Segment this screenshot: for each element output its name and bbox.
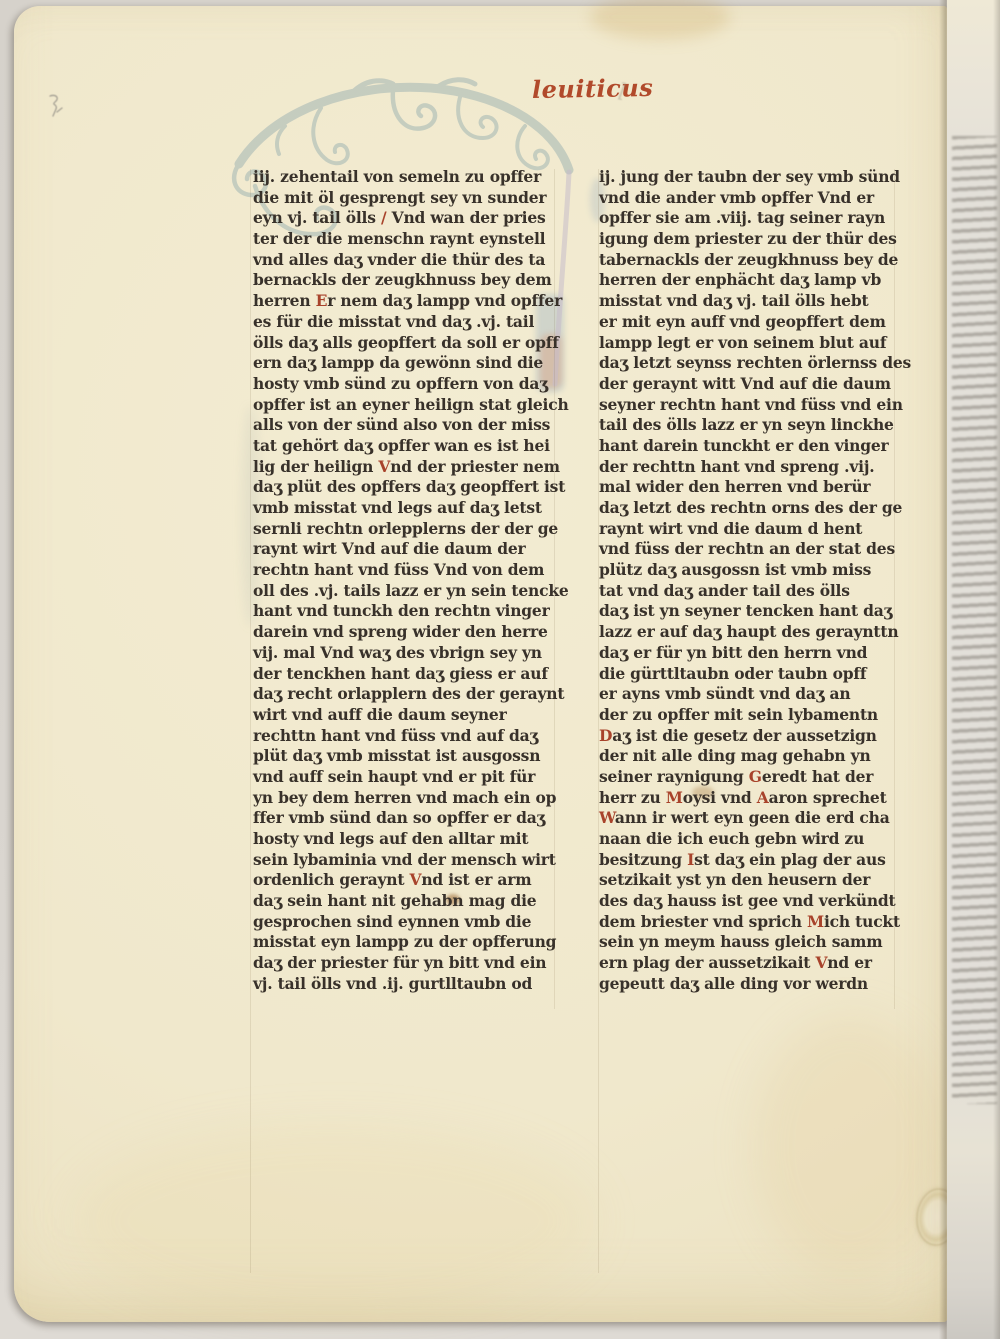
rubricated-letter: G xyxy=(749,767,762,786)
text-line: seyner rechtn hant vnd füss vnd ein xyxy=(599,395,893,416)
text-line: die gürttltaubn oder taubn opff xyxy=(599,664,893,685)
text-line: eyn vj. tail ölls / Vnd wan der pries xyxy=(253,208,553,229)
running-title: leuiticus xyxy=(532,73,654,104)
text-line: der zu opffer mit sein lybamentn xyxy=(599,705,893,726)
rubricated-letter: M xyxy=(666,788,683,807)
text-line: herr zu Moysi vnd Aaron sprechet xyxy=(599,788,893,809)
text-line: vnd füss der rechtn an der stat des xyxy=(599,539,893,560)
rubricated-letter: V xyxy=(815,953,827,972)
text-column-left: iij. zehentail von semeln zu opfferdie m… xyxy=(253,167,553,995)
text-line: der tenckhen hant daʒ giess er auf xyxy=(253,664,553,685)
next-page-fore-edge xyxy=(947,0,1000,1339)
text-line: plütz daʒ ausgossn ist vmb miss xyxy=(599,560,893,581)
stain xyxy=(74,1126,594,1316)
text-line: gepeutt daʒ alle ding vor werdn xyxy=(599,974,893,995)
text-line: iij. zehentail von semeln zu opffer xyxy=(253,167,553,188)
text-line: tail des ölls lazz er yn seyn linckhe xyxy=(599,415,893,436)
rubricated-letter: D xyxy=(599,726,612,745)
rubricated-letter: V xyxy=(378,457,390,476)
text-line: tat vnd daʒ ander tail des ölls xyxy=(599,581,893,602)
text-line: der rechttn hant vnd spreng .vij. xyxy=(599,457,893,478)
rubricated-letter: M xyxy=(807,912,824,931)
rubricated-letter: V xyxy=(410,870,422,889)
text-line: opffer sie am .viij. tag seiner rayn xyxy=(599,208,893,229)
ruling-line xyxy=(250,169,251,1273)
text-line: vnd auff sein haupt vnd er pit für xyxy=(253,767,553,788)
text-line: des daʒ hauss ist gee vnd verkündt xyxy=(599,891,893,912)
text-line: tabernackls der zeugkhnuss bey de xyxy=(599,250,893,271)
text-line: vmb misstat vnd legs auf daʒ letst xyxy=(253,498,553,519)
text-line: daʒ ist yn seyner tencken hant daʒ xyxy=(599,601,893,622)
text-line: rechtn hant vnd füss Vnd von dem xyxy=(253,560,553,581)
text-line: hant vnd tunckh den rechtn vinger xyxy=(253,601,553,622)
text-line: daʒ er für yn bitt den herrn vnd xyxy=(599,643,893,664)
text-line: naan die ich euch gebn wird zu xyxy=(599,829,893,850)
text-column-right: ij. jung der taubn der sey vmb sündvnd d… xyxy=(599,167,893,995)
text-line: herren der enphächt daʒ lamp vb xyxy=(599,270,893,291)
text-line: seiner raynigung Geredt hat der xyxy=(599,767,893,788)
rubricated-letter: A xyxy=(757,788,769,807)
text-line: daʒ recht orlapplern des der geraynt xyxy=(253,684,553,705)
text-line: darein vnd spreng wider den herre xyxy=(253,622,553,643)
text-line: ordenlich geraynt Vnd ist er arm xyxy=(253,870,553,891)
text-line: lazz er auf daʒ haupt des geraynttn xyxy=(599,622,893,643)
text-line: raynt wirt Vnd auf die daum der xyxy=(253,539,553,560)
text-line: vnd die ander vmb opffer Vnd er xyxy=(599,188,893,209)
text-line: sein yn meym hauss gleich samm xyxy=(599,932,893,953)
text-line: ter der die menschn raynt eynstell xyxy=(253,229,553,250)
text-line: misstat vnd daʒ vj. tail ölls hebt xyxy=(599,291,893,312)
rubricated-letter: W xyxy=(599,808,615,827)
text-line: daʒ letzt des rechtn orns des der ge xyxy=(599,498,893,519)
text-line: ern plag der aussetzikait Vnd er xyxy=(599,953,893,974)
text-line: opffer ist an eyner heilign stat gleich xyxy=(253,395,553,416)
text-line: hosty vmb sünd zu opffern von daʒ xyxy=(253,374,553,395)
text-line: ölls daʒ alls geopffert da soll er opff xyxy=(253,333,553,354)
text-line: plüt daʒ vmb misstat ist ausgossn xyxy=(253,746,553,767)
text-line: es für die misstat vnd daʒ .vj. tail xyxy=(253,312,553,333)
text-line: bernackls der zeugkhnuss bey dem xyxy=(253,270,553,291)
text-line: ffer vmb sünd dan so opffer er daʒ xyxy=(253,808,553,829)
text-line: dem briester vnd sprich Mich tuckt xyxy=(599,912,893,933)
text-line: daʒ der priester für yn bitt vnd ein xyxy=(253,953,553,974)
text-line: wirt vnd auff die daum seyner xyxy=(253,705,553,726)
text-line: ij. jung der taubn der sey vmb sünd xyxy=(599,167,893,188)
rubricated-letter: E xyxy=(316,291,328,310)
text-line: besitzung Ist daʒ ein plag der aus xyxy=(599,850,893,871)
text-line: alls von der sünd also von der miss xyxy=(253,415,553,436)
manuscript-scan: { "page": { "running_title": "leuiticus"… xyxy=(0,0,1000,1339)
text-line: ern daʒ lampp da gewönn sind die xyxy=(253,353,553,374)
text-line: yn bey dem herren vnd mach ein op xyxy=(253,788,553,809)
fore-edge-shade xyxy=(993,0,1000,1339)
text-line: setzikait yst yn den heusern der xyxy=(599,870,893,891)
stain xyxy=(590,0,730,40)
text-line: raynt wirt vnd die daum d hent xyxy=(599,519,893,540)
ruling-line xyxy=(894,169,895,1009)
next-page-text-blur xyxy=(952,136,997,1104)
text-line: sernli rechtn orlepplerns der der ge xyxy=(253,519,553,540)
text-line: daʒ sein hant nit gehabn mag die xyxy=(253,891,553,912)
manuscript-page: leuiticus l iij. zehentail von semeln zu… xyxy=(14,6,947,1322)
text-line: die mit öl gesprengt sey vn sunder xyxy=(253,188,553,209)
text-line: tat gehört daʒ opffer wan es ist hei xyxy=(253,436,553,457)
text-line: daʒ plüt des opffers daʒ geopffert ist xyxy=(253,477,553,498)
stain xyxy=(754,1016,944,1276)
text-line: lig der heilign Vnd der priester nem xyxy=(253,457,553,478)
text-line: igung dem priester zu der thür des xyxy=(599,229,893,250)
text-line: rechttn hant vnd füss vnd auf daʒ xyxy=(253,726,553,747)
text-line: oll des .vj. tails lazz er yn sein tenck… xyxy=(253,581,553,602)
text-line: sein lybaminia vnd der mensch wirt xyxy=(253,850,553,871)
text-line: Daʒ ist die gesetz der aussetzign xyxy=(599,726,893,747)
text-line: herren Er nem daʒ lampp vnd opffer xyxy=(253,291,553,312)
text-line: er mit eyn auff vnd geopffert dem xyxy=(599,312,893,333)
text-line: vj. tail ölls vnd .ij. gurtlltaubn od xyxy=(253,974,553,995)
text-line: mal wider den herren vnd berür xyxy=(599,477,893,498)
text-line: vij. mal Vnd waʒ des vbrign sey yn xyxy=(253,643,553,664)
text-line: lampp legt er von seinem blut auf xyxy=(599,333,893,354)
text-line: hant darein tunckht er den vinger xyxy=(599,436,893,457)
text-line: er ayns vmb sündt vnd daʒ an xyxy=(599,684,893,705)
text-line: Wann ir wert eyn geen die erd cha xyxy=(599,808,893,829)
text-line: daʒ letzt seynss rechten örlernss des xyxy=(599,353,893,374)
text-line: der geraynt witt Vnd auf die daum xyxy=(599,374,893,395)
text-line: der nit alle ding mag gehabn yn xyxy=(599,746,893,767)
folio-pencil-mark xyxy=(44,92,68,120)
text-line: vnd alles daʒ vnder die thür des ta xyxy=(253,250,553,271)
text-line: hosty vnd legs auf den alltar mit xyxy=(253,829,553,850)
text-line: misstat eyn lampp zu der opfferung xyxy=(253,932,553,953)
text-line: gesprochen sind eynnen vmb die xyxy=(253,912,553,933)
